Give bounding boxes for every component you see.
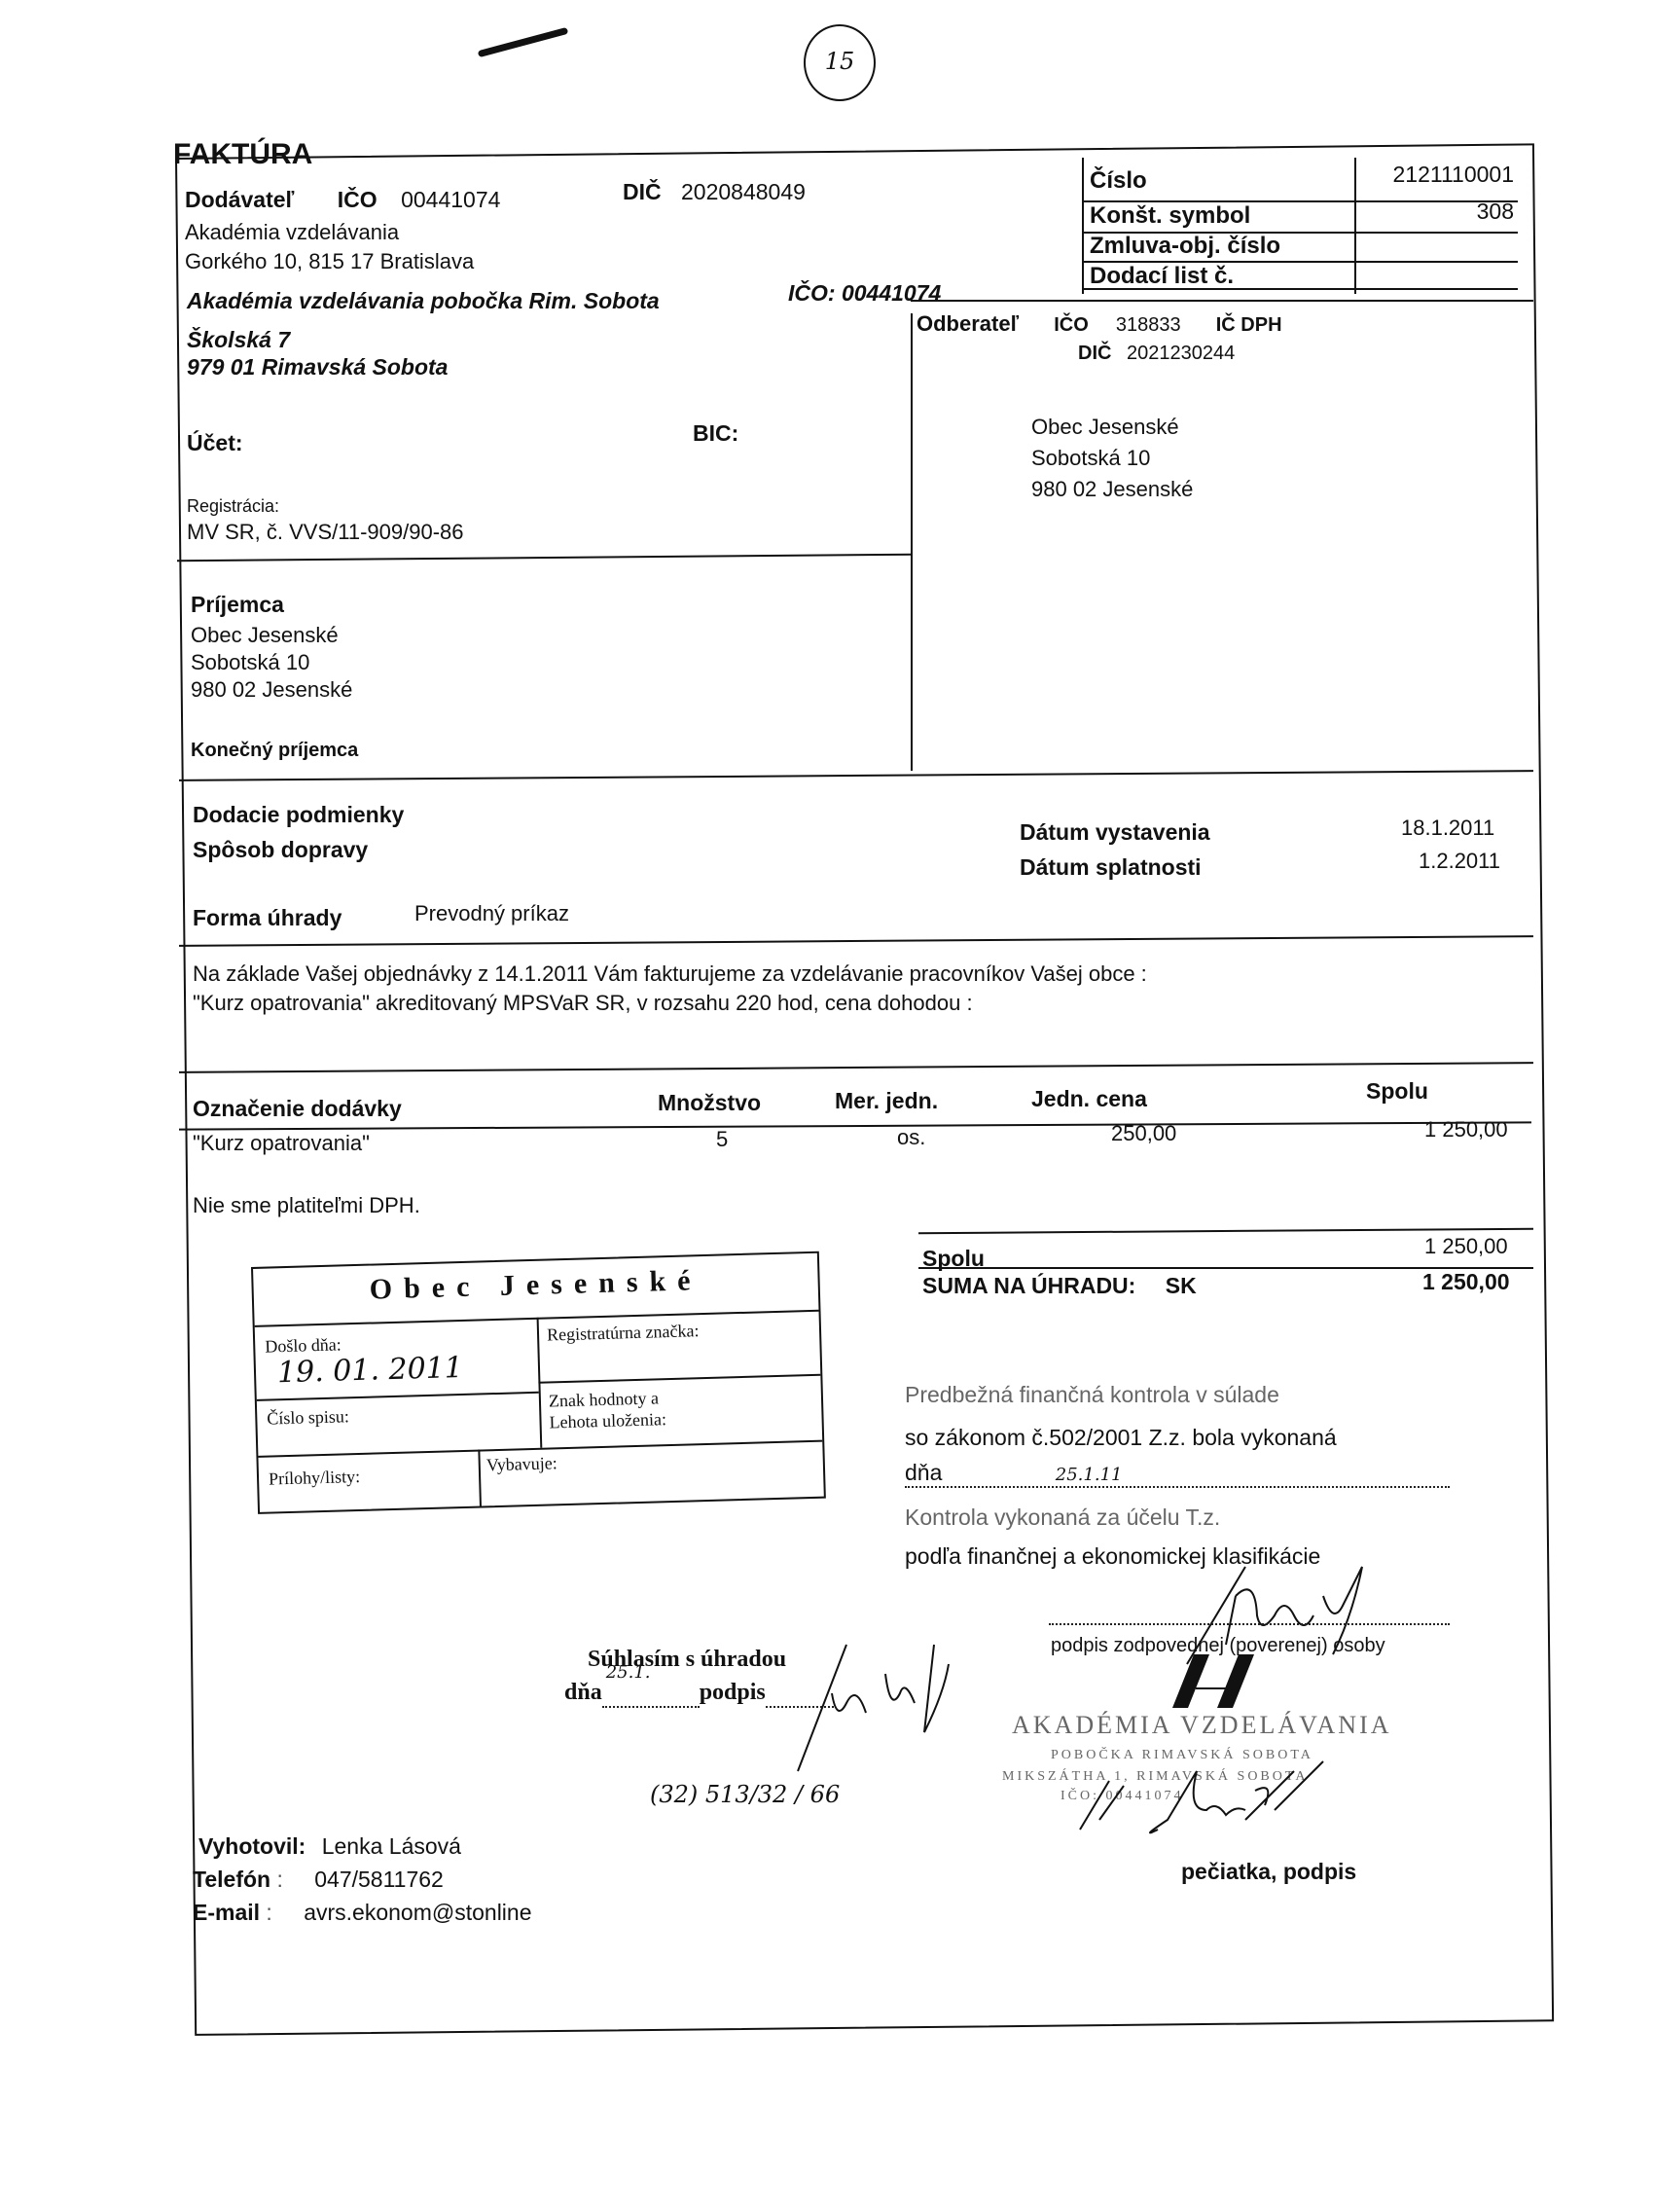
customer-city: 980 02 Jesenské — [1031, 477, 1193, 502]
col-header-item: Označenie dodávky — [193, 1096, 402, 1122]
currency: SK — [1166, 1273, 1197, 1298]
stamp-signature-caption: pečiatka, podpis — [1181, 1859, 1356, 1885]
due-date: 1.2.2011 — [1419, 849, 1500, 874]
customer-name: Obec Jesenské — [1031, 415, 1179, 440]
supplier-dic-value: 2020848049 — [681, 179, 806, 204]
meta-row: Číslo 2121110001 — [1090, 167, 1518, 197]
col-header-unit-price: Jedn. cena — [1031, 1086, 1147, 1112]
amount-due-value: 1 250,00 — [1422, 1269, 1510, 1295]
company-signature-icon — [1070, 1752, 1362, 1839]
prepared-value: Lenka Lásová — [322, 1833, 461, 1859]
value-mark-label-1: Znak hodnoty a — [549, 1388, 660, 1411]
signature-line — [1049, 1623, 1450, 1625]
registration-value: MV SR, č. VVS/11-909/90-86 — [187, 520, 464, 545]
description-line-2: "Kurz opatrovania" akreditovaný MPSVaR S… — [193, 991, 973, 1016]
divider — [911, 300, 1533, 302]
description-line-1: Na základe Vašej objednávky z 14.1.2011 … — [193, 961, 1147, 987]
customer-label: Odberateľ — [917, 311, 1019, 336]
customer-header: Odberateľ IČO 318833 IČ DPH — [917, 311, 1282, 337]
issuer-prepared: Vyhotovil: Lenka Lásová — [198, 1833, 461, 1860]
col-header-qty: Množstvo — [658, 1090, 761, 1116]
company-stamp-line-1: AKADÉMIA VZDELÁVANIA — [1012, 1711, 1392, 1740]
branch-city: 979 01 Rimavská Sobota — [187, 354, 448, 381]
issuer-phone: Telefón : 047/5811762 — [193, 1867, 444, 1893]
approval-signature-prefix: podpis — [700, 1680, 766, 1705]
meta-label: Číslo — [1090, 167, 1147, 194]
supplier-dic-label: DIČ — [623, 179, 662, 204]
stamp-title: Obec Jesenské — [253, 1261, 818, 1310]
supplier-ico-label: IČO — [338, 187, 378, 212]
branch-ico: IČO: 00441074 — [788, 280, 941, 307]
financial-control-date: 25.1.11 — [1056, 1465, 1123, 1485]
branch-name: Akadémia vzdelávania pobočka Rim. Sobota — [187, 288, 660, 314]
item-qty: 5 — [716, 1127, 728, 1152]
recipient-city: 980 02 Jesenské — [191, 677, 352, 703]
customer-dic-label: DIČ — [1078, 343, 1111, 364]
payment-form-value: Prevodný príkaz — [414, 901, 569, 926]
page-number-circle: 15 — [804, 24, 876, 101]
customer-ico-label: IČO — [1054, 314, 1089, 336]
issue-date-label: Dátum vystavenia — [1020, 819, 1210, 846]
meta-label: Dodací list č. — [1090, 263, 1234, 289]
approval-signature-icon — [778, 1635, 973, 1781]
items-table: Označenie dodávky Množstvo Mer. jedn. Je… — [191, 1078, 1533, 1137]
amount-due-label: SUMA NA ÚHRADU: SK — [922, 1273, 1197, 1299]
approval-reference: (32) 513/32 / 66 — [650, 1781, 840, 1808]
recipient-street: Sobotská 10 — [191, 650, 309, 675]
approval-date-prefix: dňa — [564, 1680, 602, 1705]
supplier-address: Gorkého 10, 815 17 Bratislava — [185, 249, 474, 274]
registry-mark-label: Registratúrna značka: — [547, 1321, 700, 1345]
item-unit-price: 250,00 — [1111, 1121, 1176, 1146]
item-name: "Kurz opatrovania" — [193, 1131, 370, 1156]
supplier-dic: DIČ 2020848049 — [623, 179, 806, 205]
invoice-meta-table: Číslo 2121110001 Konšt. symbol 308 Zmluv… — [1082, 158, 1522, 294]
attachments-label: Prílohy/listy: — [269, 1467, 361, 1490]
issue-date: 18.1.2011 — [1401, 816, 1494, 841]
page-number: 15 — [825, 48, 855, 75]
registration-label: Registrácia: — [187, 496, 279, 517]
value-mark-label-2: Lehota uloženia: — [549, 1409, 666, 1432]
financial-control-date-line: dňa 25.1.11 — [905, 1460, 1450, 1488]
bic-label: BIC: — [693, 420, 738, 447]
branch-street: Školská 7 — [187, 327, 290, 353]
financial-control-line-4: Kontrola vykonaná za účelu T.z. — [905, 1505, 1220, 1531]
meta-label: Konšt. symbol — [1090, 202, 1250, 229]
meta-row: Konšt. symbol 308 — [1090, 202, 1518, 232]
col-header-total: Spolu — [1366, 1078, 1428, 1105]
payment-form-label: Forma úhrady — [193, 905, 342, 931]
approval-date: 25.1. — [606, 1662, 651, 1683]
received-date: 19. 01. 2011 — [277, 1351, 464, 1390]
email-label: E-mail — [193, 1900, 260, 1925]
amount-due-text: SUMA NA ÚHRADU: — [922, 1273, 1135, 1298]
invoice-number: 2121110001 — [1392, 162, 1514, 188]
supplier-label: Dodávateľ — [185, 187, 294, 212]
financial-control-line-2: so zákonom č.502/2001 Z.z. bola vykonaná — [905, 1425, 1337, 1451]
meta-label: Zmluva-obj. číslo — [1090, 233, 1280, 259]
due-date-label: Dátum splatnosti — [1020, 854, 1202, 881]
subtotal-value: 1 250,00 — [1424, 1234, 1508, 1259]
file-number-label: Číslo spisu: — [267, 1406, 349, 1429]
recipient-name: Obec Jesenské — [191, 623, 339, 648]
final-recipient-label: Konečný príjemca — [191, 740, 358, 762]
customer-icdph-label: IČ DPH — [1216, 314, 1282, 336]
supplier-ico: 00441074 — [401, 187, 500, 212]
issuer-email: E-mail : avrs.ekonom@stonline — [193, 1900, 532, 1926]
customer-street: Sobotská 10 — [1031, 446, 1150, 471]
financial-control-date-prefix: dňa — [905, 1460, 942, 1485]
pen-stroke-mark — [478, 27, 569, 57]
customer-dic: DIČ 2021230244 — [1078, 343, 1235, 365]
divider — [911, 313, 913, 771]
phone-label: Telefón — [193, 1867, 270, 1892]
account-label: Účet: — [187, 430, 243, 456]
customer-dic-value: 2021230244 — [1127, 343, 1235, 364]
item-total: 1 250,00 — [1424, 1117, 1508, 1142]
registry-stamp: Obec Jesenské Došlo dňa: 19. 01. 2011 Re… — [251, 1251, 826, 1514]
supplier-header: Dodávateľ IČO 00441074 — [185, 187, 500, 213]
email-value: avrs.ekonom@stonline — [304, 1900, 531, 1925]
col-header-unit: Mer. jedn. — [835, 1088, 938, 1114]
handles-label: Vybavuje: — [485, 1453, 557, 1475]
phone-value: 047/5811762 — [314, 1867, 444, 1892]
constant-symbol: 308 — [1477, 199, 1514, 225]
meta-row: Zmluva-obj. číslo — [1090, 233, 1518, 262]
transport-label: Spôsob dopravy — [193, 837, 368, 863]
item-unit: os. — [897, 1125, 925, 1150]
financial-control-line-1: Predbežná finančná kontrola v súlade — [905, 1382, 1279, 1408]
supplier-name: Akadémia vzdelávania — [185, 220, 399, 245]
customer-ico: 318833 — [1116, 314, 1181, 336]
vat-note: Nie sme platiteľmi DPH. — [193, 1193, 420, 1218]
prepared-label: Vyhotovil: — [198, 1833, 306, 1859]
company-logo-icon — [1172, 1654, 1260, 1708]
delivery-conditions-label: Dodacie podmienky — [193, 802, 404, 828]
recipient-label: Príjemca — [191, 592, 284, 618]
